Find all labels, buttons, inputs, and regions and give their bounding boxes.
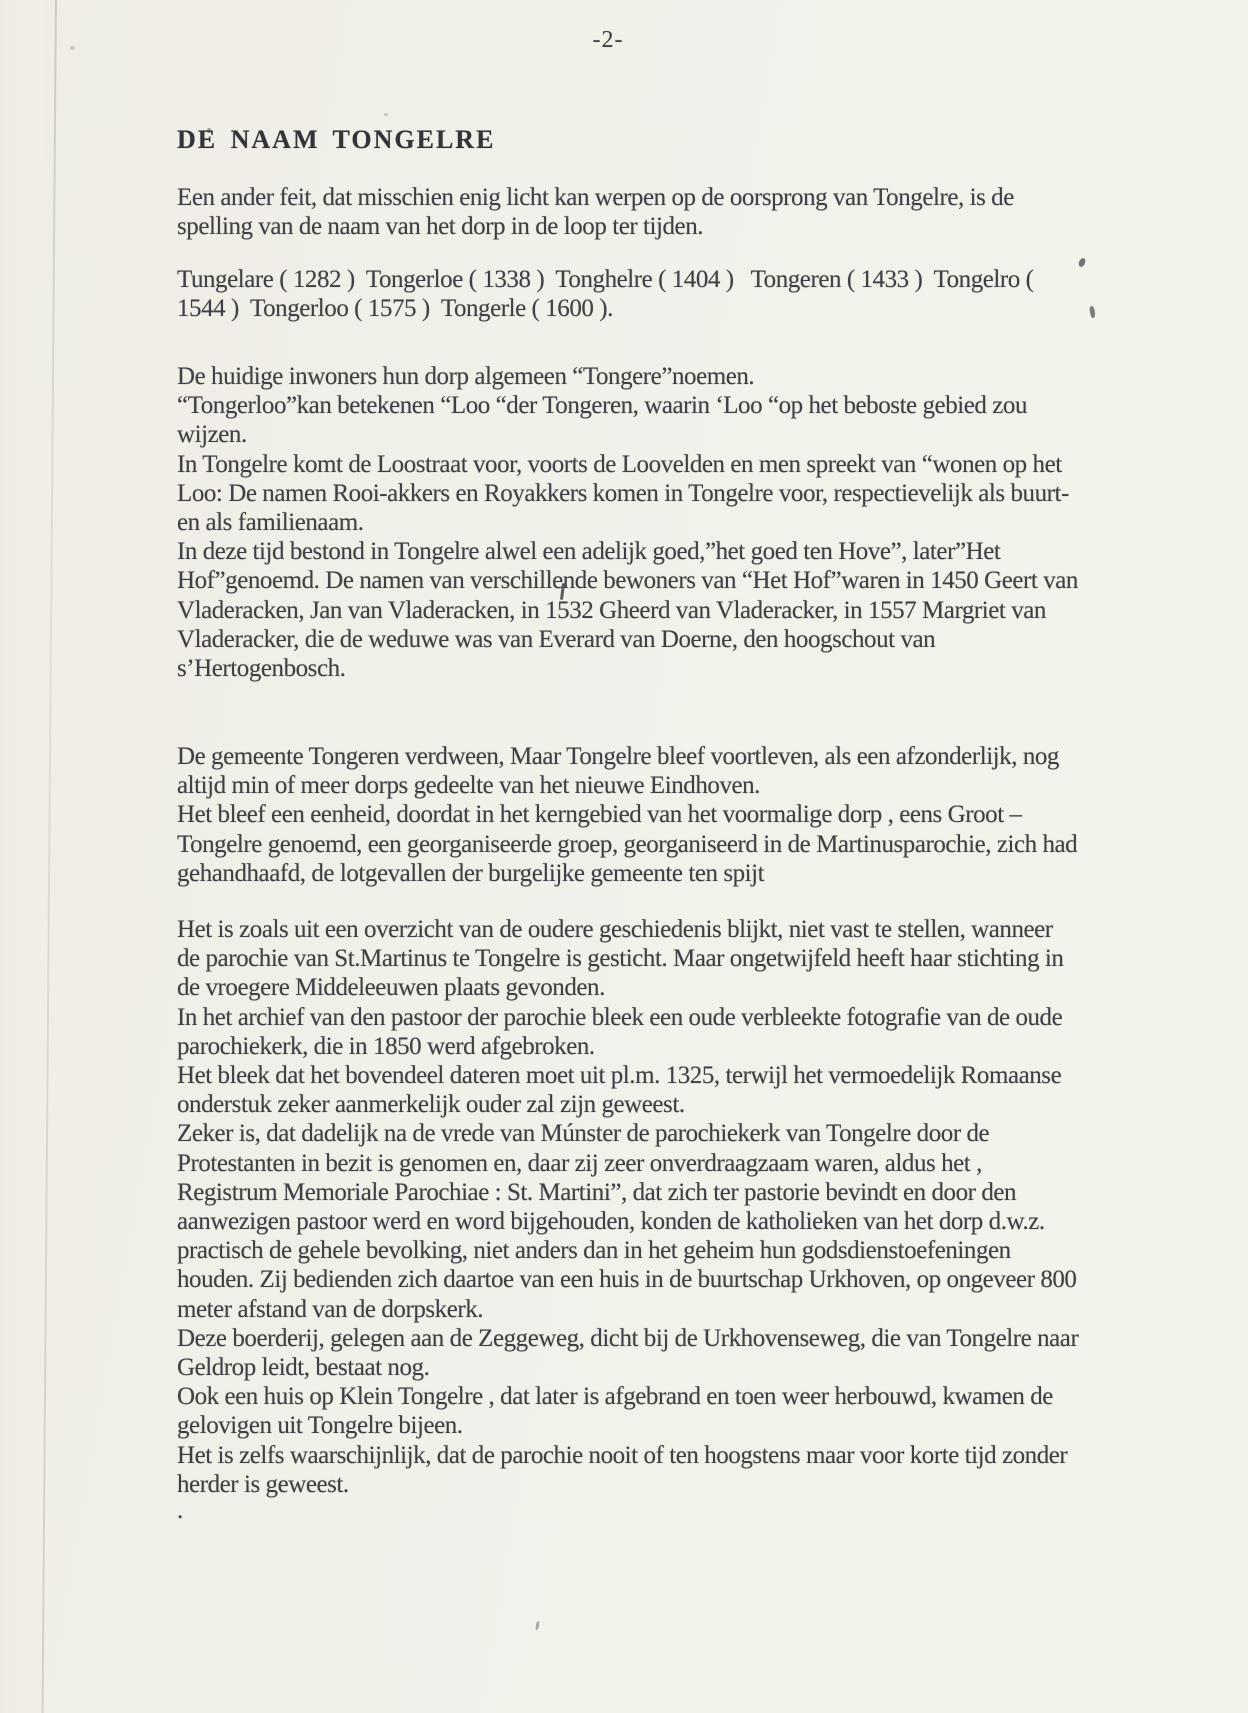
ink-speck [384,113,388,116]
text-line: de vroegere Middeleeuwen plaats gevonden… [177,973,1078,1002]
paragraph-parochie: Het is zoals uit een overzicht van de ou… [177,915,1078,1499]
text-line: Protestanten in bezit is genomen en, daa… [177,1149,1078,1178]
text-line: Vladeracken, Jan van Vladeracken, in 153… [177,596,1078,625]
text-line: houden. Zij bedienden zich daartoe van e… [177,1265,1078,1294]
text-line: De gemeente Tongeren verdween, Maar Tong… [177,742,1077,771]
text-line: onderstuk zeker aanmerkelijk ouder zal z… [177,1090,1078,1119]
text-line: wijzen. [177,420,1078,449]
text-line: Tongelre genoemd, een georganiseerde gro… [177,830,1077,859]
paragraph-gemeente: De gemeente Tongeren verdween, Maar Tong… [177,742,1077,888]
text-line: aanwezigen pastoor werd en word bijgehou… [177,1207,1078,1236]
text-line: Geldrop leidt, bestaat nog. [177,1353,1078,1382]
text-line: Het bleek dat het bovendeel dateren moet… [177,1061,1078,1090]
text-line: de parochie van St.Martinus te Tongelre … [177,944,1078,973]
text-line: Vladeracker, die de weduwe was van Evera… [177,625,1078,654]
text-line: In deze tijd bestond in Tongelre alwel e… [177,537,1078,566]
text-line: meter afstand van de dorpskerk. [177,1295,1078,1324]
text-line: Ook een huis op Klein Tongelre , dat lat… [177,1382,1078,1411]
document-heading: DE NAAM TONGELRE [177,125,495,155]
ink-speck [70,46,75,50]
text-line: herder is geweest. [177,1470,1078,1499]
text-line: spelling van de naam van het dorp in de … [177,212,1014,241]
text-line: practisch de gehele bevolking, niet ande… [177,1236,1078,1265]
page-number: -2- [0,27,1216,54]
ink-speck [1089,306,1097,319]
text-line: Registrum Memoriale Parochiae : St. Mart… [177,1178,1078,1207]
text-line: Tungelare ( 1282 ) Tongerloe ( 1338 ) To… [177,265,1034,294]
text-line: en als familienaam. [177,508,1078,537]
scanned-document-page: -2- DE NAAM TONGELRE Een ander feit, dat… [0,0,1248,1713]
text-line: In Tongelre komt de Loostraat voor, voor… [177,450,1078,479]
paragraph-name-meaning: De huidige inwoners hun dorp algemeen “T… [177,362,1078,683]
ink-speck [535,1621,540,1630]
text-line: 1544 ) Tongerloo ( 1575 ) Tongerle ( 160… [177,294,1034,323]
text-line: Het is zoals uit een overzicht van de ou… [177,915,1078,944]
text-line: s’Hertogenbosch. [177,654,1078,683]
ink-speck [1078,257,1086,267]
text-line: Zeker is, dat dadelijk na de vrede van M… [177,1119,1078,1148]
paragraph-intro: Een ander feit, dat misschien enig licht… [177,183,1014,241]
text-line: “Tongerloo”kan betekenen “Loo “der Tonge… [177,391,1078,420]
paragraph-spellings: Tungelare ( 1282 ) Tongerloe ( 1338 ) To… [177,265,1034,323]
text-line: Het is zelfs waarschijnlijk, dat de paro… [177,1441,1078,1470]
text-line: . [177,1496,183,1525]
text-line: De huidige inwoners hun dorp algemeen “T… [177,362,1078,391]
text-line: altijd min of meer dorps gedeelte van he… [177,771,1077,800]
text-line: Het bleef een eenheid, doordat in het ke… [177,800,1077,829]
text-line: Hof”genoemd. De namen van verschillende … [177,566,1078,595]
text-line: parochiekerk, die in 1850 werd afgebroke… [177,1032,1078,1061]
paper-left-edge [0,0,50,1713]
text-line: gelovigen uit Tongelre bijeen. [177,1411,1078,1440]
text-line: Deze boerderij, gelegen aan de Zeggeweg,… [177,1324,1078,1353]
ink-speck [207,128,211,133]
text-line: Loo: De namen Rooi-akkers en Royakkers k… [177,479,1078,508]
text-line: Een ander feit, dat misschien enig licht… [177,183,1014,212]
paragraph-stray-period: . [177,1496,183,1525]
text-line: gehandhaafd, de lotgevallen der burgelij… [177,859,1077,888]
text-line: In het archief van den pastoor der paroc… [177,1003,1078,1032]
